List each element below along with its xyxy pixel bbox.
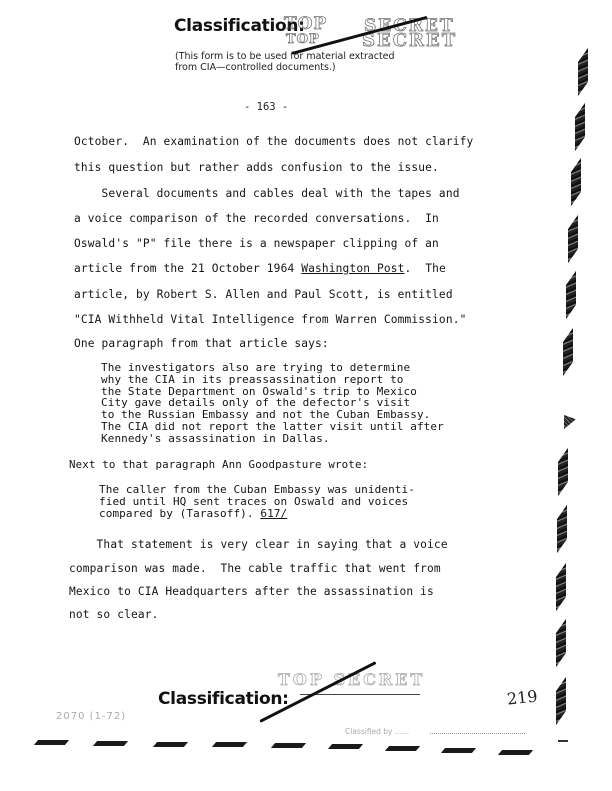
edge-mark [558,448,568,496]
body-line-end: . The [405,262,446,275]
edge-mark [556,677,566,725]
header-classification-stamp: TOP SECRET TOP SECRET [282,14,452,54]
body-line: Several documents and cables deal with t… [74,187,460,200]
quote-line: compared by (Tarasoff). 617/ [99,508,415,520]
edge-mark [575,103,585,151]
dash-mark [498,750,533,755]
edge-mark [568,215,578,263]
dash-mark [212,742,247,747]
publication-title: Washington Post [301,262,404,275]
body-line: a voice comparison of the recorded conve… [74,212,439,225]
classified-by-line [430,733,525,734]
dash-mark [441,748,476,753]
body-line: this question but rather adds confusion … [74,161,439,174]
dash-mark [271,743,306,748]
page-number: - 163 - [244,101,288,113]
edge-mark [556,619,566,667]
body-line: not so clear. [69,608,159,621]
dash-mark [153,742,188,747]
edge-mark [566,271,576,319]
edge-mark [563,328,573,376]
body-line: comparison was made. The cable traffic t… [69,562,441,575]
stamp-underline [300,694,420,695]
edge-mark [564,415,576,429]
body-line: October. An examination of the documents… [74,135,473,148]
form-note-line1: (This form is to be used for material ex… [175,51,395,62]
stamp-secret-text-2: SECRET [362,30,457,51]
quote-line: why the CIA in its preassassination repo… [101,374,444,386]
body-line-text: article from the 21 October 1964 [74,262,301,275]
dash-mark [328,744,363,749]
classified-by-note: Classified by ...... [345,727,409,736]
body-line: article, by Robert S. Allen and Paul Sco… [74,288,453,301]
form-note-line2: from CIA—controlled documents.) [175,62,395,73]
form-note: (This form is to be used for material ex… [175,51,395,73]
dash-mark [93,741,128,746]
stamp-top-text: TOP [284,14,327,34]
body-line: Oswald's "P" file there is a newspaper c… [74,237,439,250]
article-title-line: "CIA Withheld Vital Intelligence from Wa… [74,313,466,326]
quote-line: Kennedy's assassination in Dallas. [101,433,444,445]
dash-mark [558,740,568,742]
edge-mark [556,563,566,611]
footer-classification-stamp: TOP SECRET [258,662,458,722]
block-quote-goodpasture: The caller from the Cuban Embassy was un… [99,484,415,519]
body-line: One paragraph from that article says: [74,337,329,350]
handwritten-page-number: 219 [506,686,538,708]
quote-line: The CIA did not report the latter visit … [101,421,444,433]
form-number-stamp: 2070 (1-72) [56,711,126,722]
body-line: That statement is very clear in saying t… [69,538,448,551]
block-quote-article: The investigators also are trying to det… [101,362,444,445]
dash-mark [385,746,420,751]
body-line: article from the 21 October 1964 Washing… [74,262,446,275]
dash-mark [34,740,69,745]
body-line: Next to that paragraph Ann Goodpasture w… [69,458,368,471]
edge-mark [578,48,588,96]
footnote-reference: 617/ [260,507,287,520]
edge-mark [571,158,581,206]
body-line: Mexico to CIA Headquarters after the ass… [69,585,434,598]
edge-mark [557,505,567,553]
quote-line-text: compared by (Tarasoff). [99,507,260,520]
